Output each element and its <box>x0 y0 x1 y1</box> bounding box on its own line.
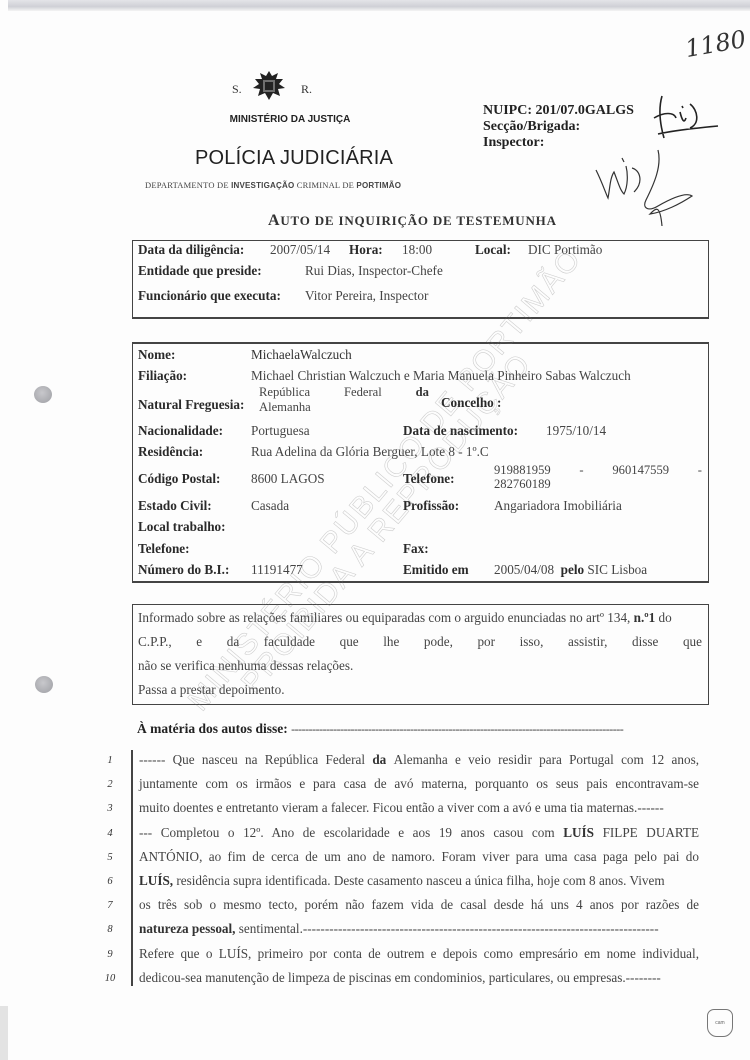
codigo-label: Código Postal: <box>138 471 220 487</box>
bi-label: Número do B.I.: <box>138 562 229 578</box>
dept-part: DEPARTAMENTO DE <box>145 180 231 190</box>
title-initial: A <box>268 212 280 229</box>
crest-right-letter: R. <box>301 82 312 97</box>
hora-value: 18:00 <box>402 242 432 258</box>
nome-label: Nome: <box>138 347 175 363</box>
fax-label: Fax: <box>403 541 429 557</box>
filiacao-value: Michael Christian Walczuch e Maria Manue… <box>251 368 631 384</box>
natural-label: Natural Freguesia: <box>138 397 244 413</box>
natural-word: Federal <box>344 386 382 399</box>
telefone2-label: Telefone: <box>138 541 190 557</box>
estado-value: Casada <box>251 498 289 514</box>
seccao-label: Secção/Brigada: <box>483 119 634 135</box>
testimony-line-text: LUÍS, residência supra identificada. Des… <box>139 873 699 889</box>
notice-text-bold: n.º1 <box>634 610 656 625</box>
telefone-number: 919881959 <box>494 464 551 477</box>
stamp-icon: cam <box>707 1009 733 1037</box>
testimony-line-text: muito doentes e entretanto vieram a fale… <box>139 800 699 816</box>
dept-part: INVESTIGAÇÃO <box>231 181 294 190</box>
nome-value: MichaelaWalczuch <box>251 347 352 363</box>
line-number: 5 <box>100 852 120 863</box>
natural-value-line2: Alemanha <box>259 401 311 414</box>
testimony-line-text: --- Completou o 12º. Ano de escolaridade… <box>139 825 699 841</box>
emitido-date: 2005/04/08 <box>494 562 554 577</box>
pelo-label: pelo <box>561 562 584 577</box>
profissao-label: Profissão: <box>403 498 459 514</box>
testimony-line: --- Completou o 12º. Ano de escolaridade… <box>139 825 699 841</box>
handwritten-page-number: 1180 <box>683 25 748 63</box>
scan-edge-left <box>0 1006 8 1060</box>
telefone-value-line2: 282760189 <box>494 478 551 491</box>
line-number: 9 <box>100 949 120 960</box>
line-number: 1 <box>100 755 120 766</box>
department-name: DEPARTAMENTO DE INVESTIGAÇÃO CRIMINAL DE… <box>145 180 401 190</box>
notice-text: C.P.P., e da faculdade que lhe pode, por… <box>138 630 702 655</box>
testimony-line: juntamente com os irmãos e para casa de … <box>139 776 699 792</box>
coat-of-arms-icon <box>252 70 286 102</box>
entidade-value: Rui Dias, Inspector-Chefe <box>305 263 443 279</box>
title-rest: UTO DE INQUIRIÇÃO DE TESTEMUNHA <box>280 213 556 228</box>
testimony-line: dedicou-sea manutenção de limpeza de pis… <box>139 970 699 986</box>
telefone-separator: - <box>698 464 702 477</box>
testimony-line-text: natureza pessoal, sentimental.----------… <box>139 921 699 937</box>
concelho-label: Concelho : <box>441 395 501 411</box>
notice-line-1: Informado sobre as relações familiares o… <box>138 606 704 631</box>
local-label: Local: <box>475 242 511 258</box>
filiacao-label: Filiação: <box>138 368 187 384</box>
signature-scribble-icon <box>588 148 698 228</box>
crest-left-letter: S. <box>232 82 242 97</box>
line-number: 10 <box>100 973 120 984</box>
agency-name: POLÍCIA JUDICIÁRIA <box>195 147 393 170</box>
testimony-line-text: dedicou-sea manutenção de limpeza de pis… <box>139 970 699 986</box>
local-trabalho-label: Local trabalho: <box>138 519 226 535</box>
line-number: 2 <box>100 779 120 790</box>
residencia-value: Rua Adelina da Glória Berguer, Lote 8 - … <box>251 444 489 460</box>
entidade-label: Entidade que preside: <box>138 263 262 279</box>
nacionalidade-label: Nacionalidade: <box>138 423 223 439</box>
natural-word: República <box>259 386 310 399</box>
nacionalidade-value: Portuguesa <box>251 423 310 439</box>
estado-label: Estado Civil: <box>138 498 212 514</box>
pelo-value: SIC Lisboa <box>587 562 647 577</box>
line-number: 8 <box>100 924 120 935</box>
notice-text: do <box>655 610 671 625</box>
local-value: DIC Portimão <box>528 242 602 258</box>
notice-line-4: Passa a prestar depoimento. <box>138 678 285 703</box>
testimony-line: ------ Que nasceu na República Federal d… <box>139 752 699 768</box>
emitido-label: Emitido em <box>403 562 469 578</box>
nascimento-label: Data de nascimento: <box>403 423 518 439</box>
telefone-number: 960147559 <box>612 464 669 477</box>
telefone-separator: - <box>579 464 583 477</box>
telefone-label: Telefone: <box>403 471 455 487</box>
testimony-line: Refere que o LUÍS, primeiro por conta de… <box>139 946 699 962</box>
nascimento-value: 1975/10/14 <box>546 423 606 439</box>
scan-edge <box>8 0 750 11</box>
bi-value: 11191477 <box>251 562 303 578</box>
residencia-label: Residência: <box>138 444 203 460</box>
margin-line <box>131 750 133 986</box>
testimony-heading: À matéria dos autos disse: -------------… <box>137 721 623 737</box>
profissao-value: Angariadora Imobiliária <box>494 498 622 514</box>
line-number: 3 <box>100 803 120 814</box>
line-number: 7 <box>100 900 120 911</box>
testimony-line-text: os três sob o mesmo tecto, porém não faz… <box>139 897 699 913</box>
natural-value-line1: República Federal da <box>259 386 429 399</box>
testimony-heading-text: À matéria dos autos disse: <box>137 721 288 736</box>
ministry-name: MINISTÉRIO DA JUSTIÇA <box>0 114 520 125</box>
notice-line-2: C.P.P., e da faculdade que lhe pode, por… <box>138 630 702 655</box>
heading-dashes: ----------------------------------------… <box>291 722 623 736</box>
testimony-line: os três sob o mesmo tecto, porém não faz… <box>139 897 699 913</box>
testimony-line-text: Refere que o LUÍS, primeiro por conta de… <box>139 946 699 962</box>
date-label: Data da diligência: <box>138 242 244 258</box>
testimony-line-text: ------ Que nasceu na República Federal d… <box>139 752 699 768</box>
codigo-value: 8600 LAGOS <box>251 471 325 487</box>
date-value: 2007/05/14 <box>270 242 330 258</box>
signature-initials-icon <box>640 90 720 142</box>
natural-word: da <box>416 386 429 399</box>
testimony-line: LUÍS, residência supra identificada. Des… <box>139 873 699 889</box>
testimony-line-text: ANTÓNIO, ao fim de cerca de um ano de na… <box>139 849 699 865</box>
funcionario-value: Vitor Pereira, Inspector <box>305 288 428 304</box>
hora-label: Hora: <box>349 242 383 258</box>
funcionario-label: Funcionário que executa: <box>138 288 281 304</box>
notice-line-3: não se verifica nenhuma dessas relações. <box>138 654 353 679</box>
nuipc-number: NUIPC: 201/07.0GALGS <box>483 103 634 119</box>
line-number: 6 <box>100 876 120 887</box>
binder-hole <box>34 386 52 403</box>
binder-hole <box>35 676 53 693</box>
document-title: AUTO DE INQUIRIÇÃO DE TESTEMUNHA <box>268 212 557 230</box>
testimony-line: muito doentes e entretanto vieram a fale… <box>139 800 699 816</box>
testimony-line-text: juntamente com os irmãos e para casa de … <box>139 776 699 792</box>
line-number: 4 <box>100 828 120 839</box>
testimony-line: natureza pessoal, sentimental.----------… <box>139 921 699 937</box>
case-info: NUIPC: 201/07.0GALGS Secção/Brigada: Ins… <box>483 103 634 151</box>
testimony-line: ANTÓNIO, ao fim de cerca de um ano de na… <box>139 849 699 865</box>
dept-part: PORTIMÃO <box>356 181 401 190</box>
notice-text: Informado sobre as relações familiares o… <box>138 610 634 625</box>
dept-part: CRIMINAL DE <box>294 180 356 190</box>
telefone-value-line1: 919881959 - 960147559 - <box>494 464 702 477</box>
emitido-value: 2005/04/08 pelo SIC Lisboa <box>494 562 647 578</box>
